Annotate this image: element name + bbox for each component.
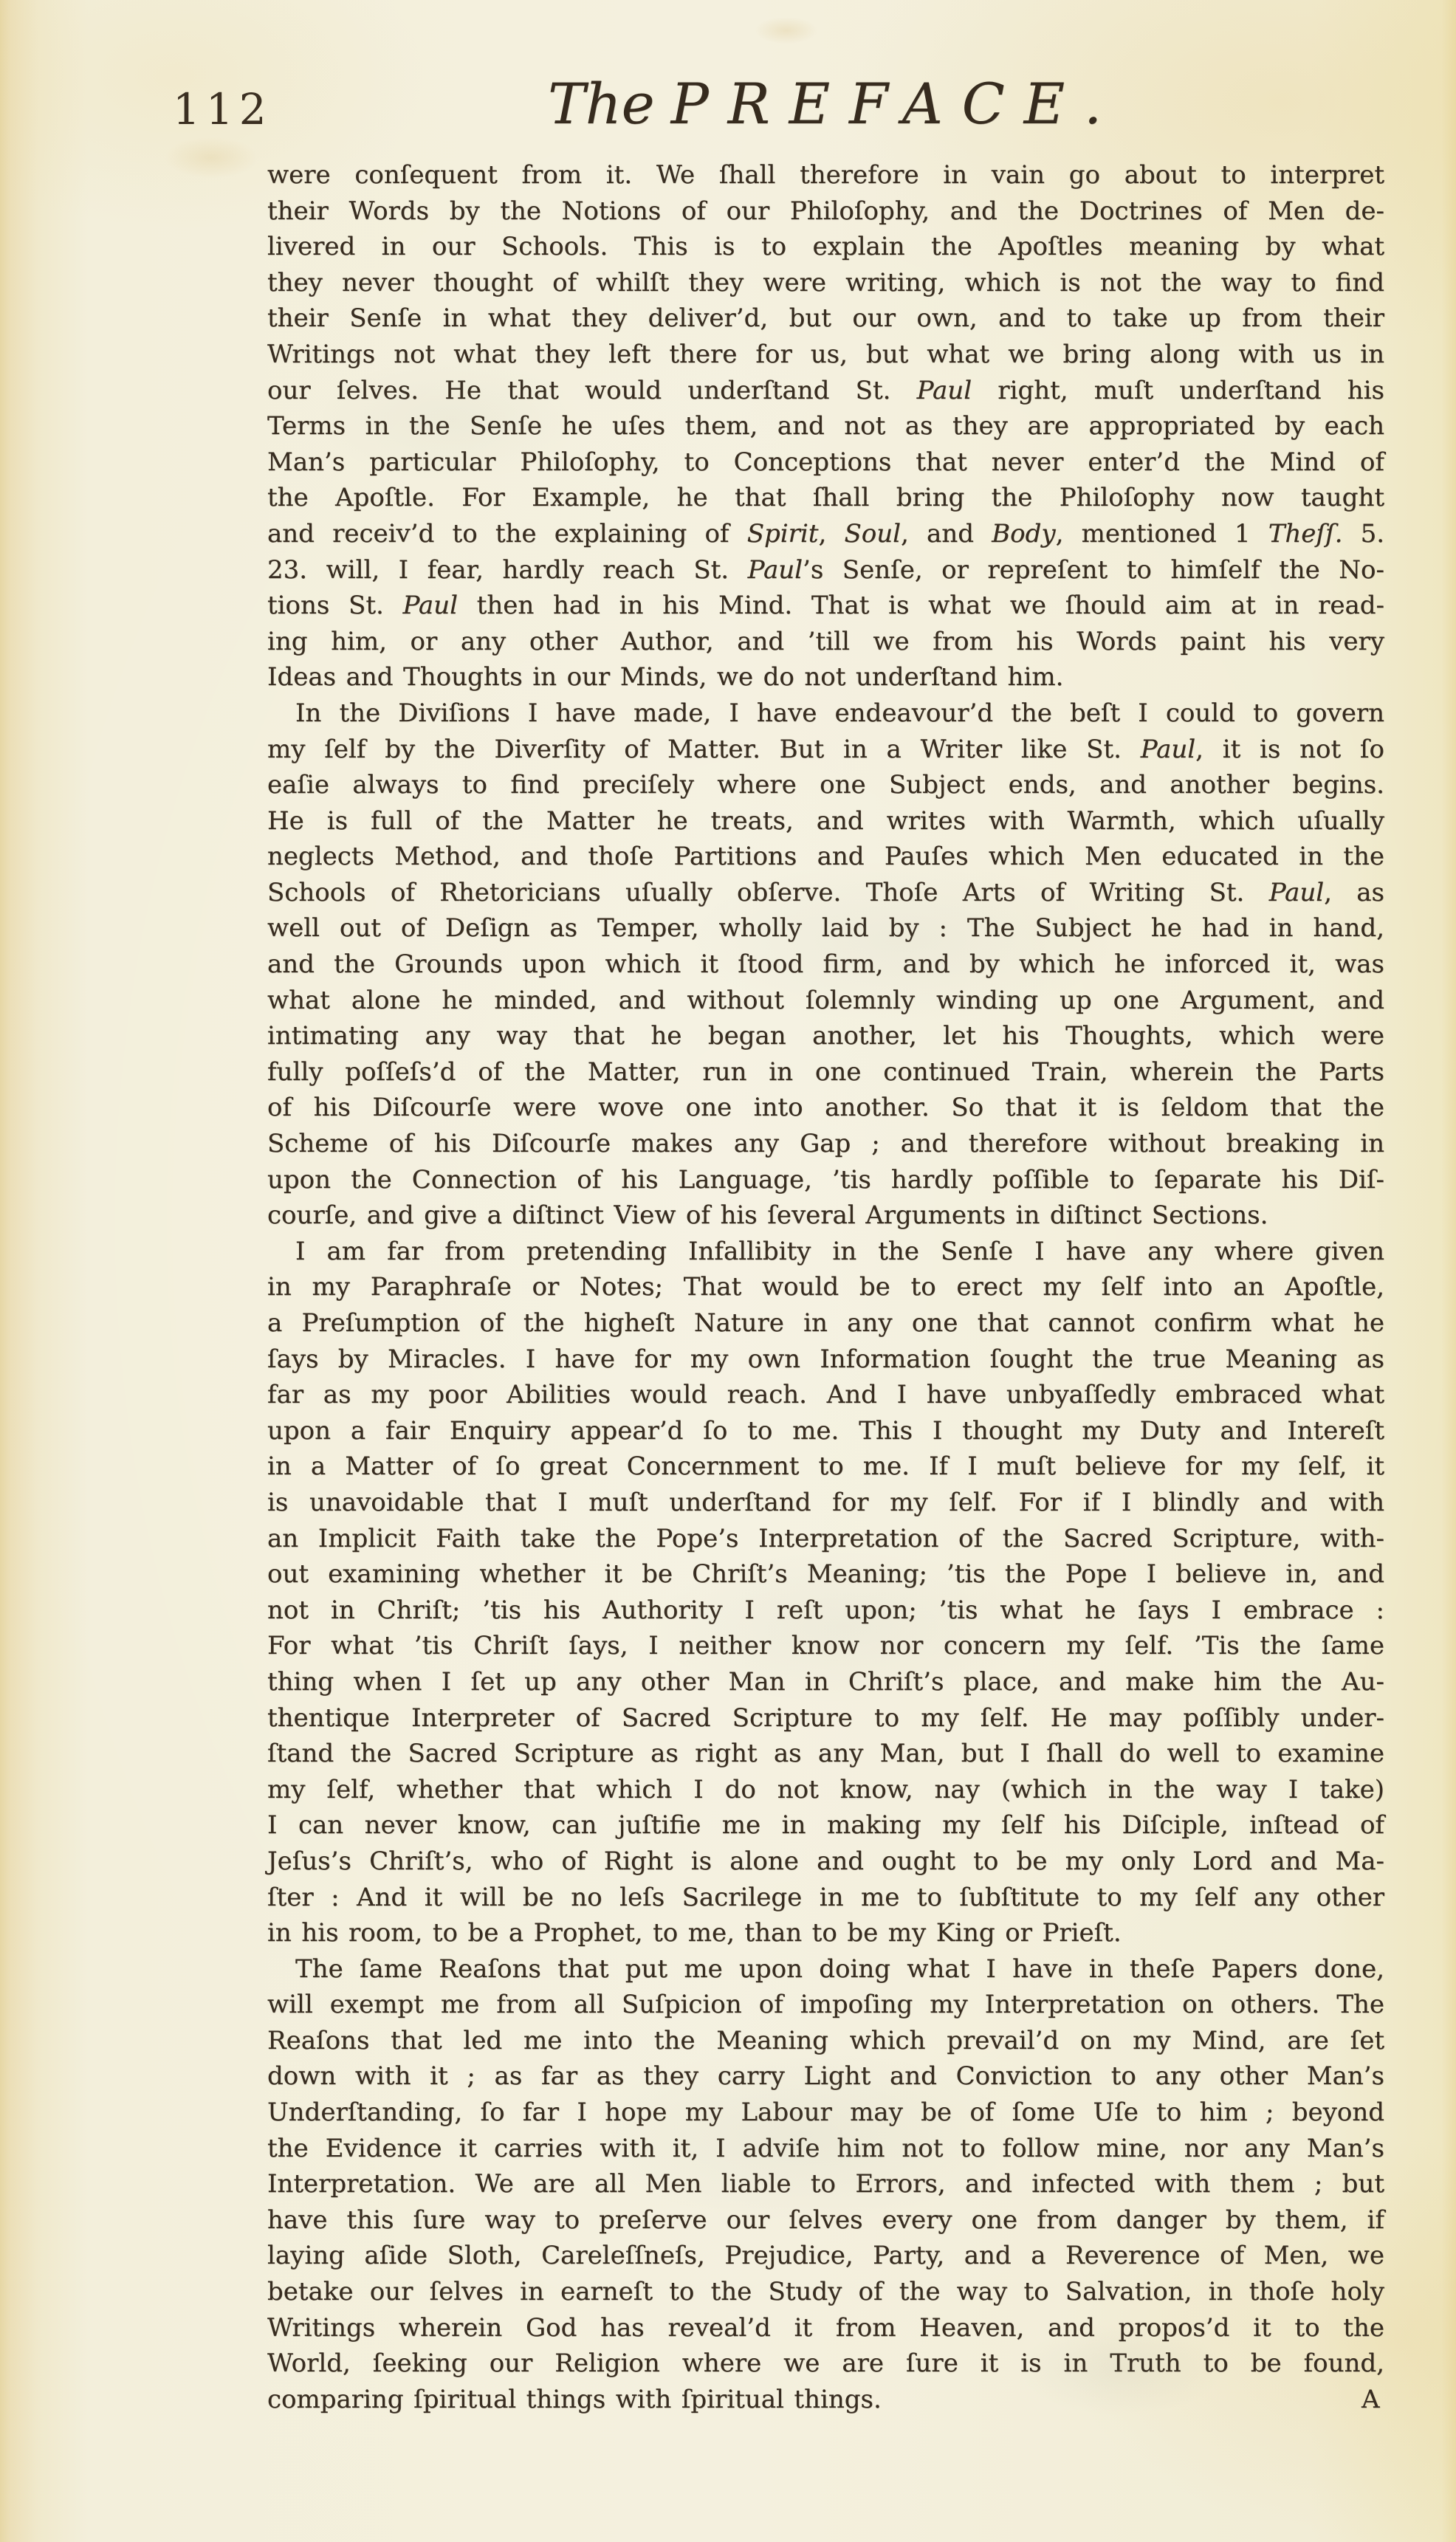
text-line: neglects Method, and thoſe Partitions an… xyxy=(267,839,1384,875)
text-line: thing when I ſet up any other Man in Chr… xyxy=(267,1664,1384,1700)
text-line: my ſelf, whether that which I do not kno… xyxy=(267,1772,1384,1808)
book-page: 112 ThePREFACE. were conſequent from it.… xyxy=(0,0,1456,2542)
text-line: Underſtanding, ſo far I hope my Labour m… xyxy=(267,2095,1384,2131)
text-line: thentique Interpreter of Sacred Scriptur… xyxy=(267,1700,1384,1737)
page-title-main: PREFACE. xyxy=(671,71,1121,137)
text-line: and the Grounds upon which it ſtood firm… xyxy=(267,947,1384,983)
text-line: intimating any way that he began another… xyxy=(267,1018,1384,1054)
text-line: what alone he minded, and without ſolemn… xyxy=(267,983,1384,1019)
paragraph: I am far from pretending Infallibity in … xyxy=(267,1234,1384,1951)
paragraph: In the Diviſions I have made, I have end… xyxy=(267,695,1384,1234)
text-line: in my Paraphraſe or Notes; That would be… xyxy=(267,1269,1384,1305)
text-line: they never thought of whilſt they were w… xyxy=(267,265,1384,301)
text-line: their Words by the Notions of our Philoſ… xyxy=(267,193,1384,230)
text-line: Schools of Rhetoricians uſually obſerve.… xyxy=(267,875,1384,911)
text-line: Jeſus’s Chriſt’s, who of Right is alone … xyxy=(267,1844,1384,1880)
text-line: I can never know, can juſtifie me in mak… xyxy=(267,1807,1384,1844)
text-line: For what ’tis Chriſt ſays, I neither kno… xyxy=(267,1628,1384,1664)
page-title: ThePREFACE. xyxy=(548,71,1121,137)
text-line: livered in our Schools. This is to expla… xyxy=(267,229,1384,265)
text-line: World, ſeeking our Religion where we are… xyxy=(267,2346,1384,2382)
text-line: in a Matter of ſo great Concernment to m… xyxy=(267,1449,1384,1485)
text-line: far as my poor Abilities would reach. An… xyxy=(267,1377,1384,1413)
text-line: In the Diviſions I have made, I have end… xyxy=(267,695,1384,732)
text-line: Reaſons that led me into the Meaning whi… xyxy=(267,2023,1384,2059)
text-line: ing him, or any other Author, and ’till … xyxy=(267,624,1384,660)
text-line: upon a fair Enquiry appear’d ſo to me. T… xyxy=(267,1413,1384,1449)
text-line: out examining whether it be Chriſt’s Mea… xyxy=(267,1556,1384,1593)
text-line: the Evidence it carries with it, I adviſ… xyxy=(267,2131,1384,2167)
text-line: tions St. Paul then had in his Mind. Tha… xyxy=(267,588,1384,624)
text-line: comparing ſpiritual things with ſpiritua… xyxy=(267,2382,1384,2418)
paragraph: The ſame Reaſons that put me upon doing … xyxy=(267,1951,1384,2418)
text-line: fully poſſeſs’d of the Matter, run in on… xyxy=(267,1054,1384,1090)
text-line: down with it ; as far as they carry Ligh… xyxy=(267,2058,1384,2095)
paragraph: were conſequent from it. We ſhall theref… xyxy=(267,157,1384,695)
page-title-prefix: The xyxy=(548,71,655,137)
text-line: betake our ſelves in earneſt to the Stud… xyxy=(267,2274,1384,2310)
text-line: and receiv’d to the explaining of Spirit… xyxy=(267,516,1384,552)
text-line: upon the Connection of his Language, ’ti… xyxy=(267,1162,1384,1198)
text-line: is unavoidable that I muſt underſtand fo… xyxy=(267,1485,1384,1521)
page-number: 112 xyxy=(173,84,272,134)
text-line: eaſie always to find preciſely where one… xyxy=(267,767,1384,803)
text-line: an Implicit Faith take the Pope’s Interp… xyxy=(267,1521,1384,1557)
text-line: have this ſure way to preſerve our ſelve… xyxy=(267,2202,1384,2239)
text-line: Man’s particular Philoſophy, to Concepti… xyxy=(267,444,1384,481)
text-line: laying aſide Sloth, Careleſſneſs, Prejud… xyxy=(267,2238,1384,2274)
text-line: Terms in the Senſe he uſes them, and not… xyxy=(267,408,1384,444)
text-line: the Apoſtle. For Example, he that ſhall … xyxy=(267,480,1384,516)
text-line: 23. will, I fear, hardly reach St. Paul’… xyxy=(267,552,1384,588)
text-line: The ſame Reaſons that put me upon doing … xyxy=(267,1951,1384,1988)
text-line: ſays by Miracles. I have for my own Info… xyxy=(267,1342,1384,1378)
text-line: will exempt me from all Suſpicion of imp… xyxy=(267,1987,1384,2023)
text-line: not in Chriſt; ’tis his Authority I reſt… xyxy=(267,1593,1384,1629)
text-line: in his room, to be a Prophet, to me, tha… xyxy=(267,1915,1384,1951)
text-line: were conſequent from it. We ſhall theref… xyxy=(267,157,1384,193)
text-line: Scheme of his Diſcourſe makes any Gap ; … xyxy=(267,1126,1384,1162)
body-text: were conſequent from it. We ſhall theref… xyxy=(267,157,1384,2417)
text-line: their Senſe in what they deliver’d, but … xyxy=(267,300,1384,337)
text-line: He is full of the Matter he treats, and … xyxy=(267,803,1384,839)
text-line: courſe, and give a diſtinct View of his … xyxy=(267,1198,1384,1234)
text-line: of his Diſcourſe were wove one into anot… xyxy=(267,1090,1384,1126)
text-line: I am far from pretending Infallibity in … xyxy=(267,1234,1384,1270)
text-line: ſtand the Sacred Scripture as right as a… xyxy=(267,1736,1384,1772)
text-line: Writings not what they left there for us… xyxy=(267,337,1384,373)
text-line: Interpretation. We are all Men liable to… xyxy=(267,2166,1384,2202)
text-line: Ideas and Thoughts in our Minds, we do n… xyxy=(267,659,1384,695)
text-line: a Preſumption of the higheſt Nature in a… xyxy=(267,1305,1384,1342)
text-line: our ſelves. He that would underſtand St.… xyxy=(267,373,1384,409)
text-line: ſter : And it will be no leſs Sacrilege … xyxy=(267,1880,1384,1916)
text-line: my ſelf by the Diverſity of Matter. But … xyxy=(267,732,1384,768)
text-line: Writings wherein God has reveal’d it fro… xyxy=(267,2310,1384,2346)
catchword: A xyxy=(1361,2382,1380,2418)
text-line: well out of Deſign as Temper, wholly lai… xyxy=(267,910,1384,947)
